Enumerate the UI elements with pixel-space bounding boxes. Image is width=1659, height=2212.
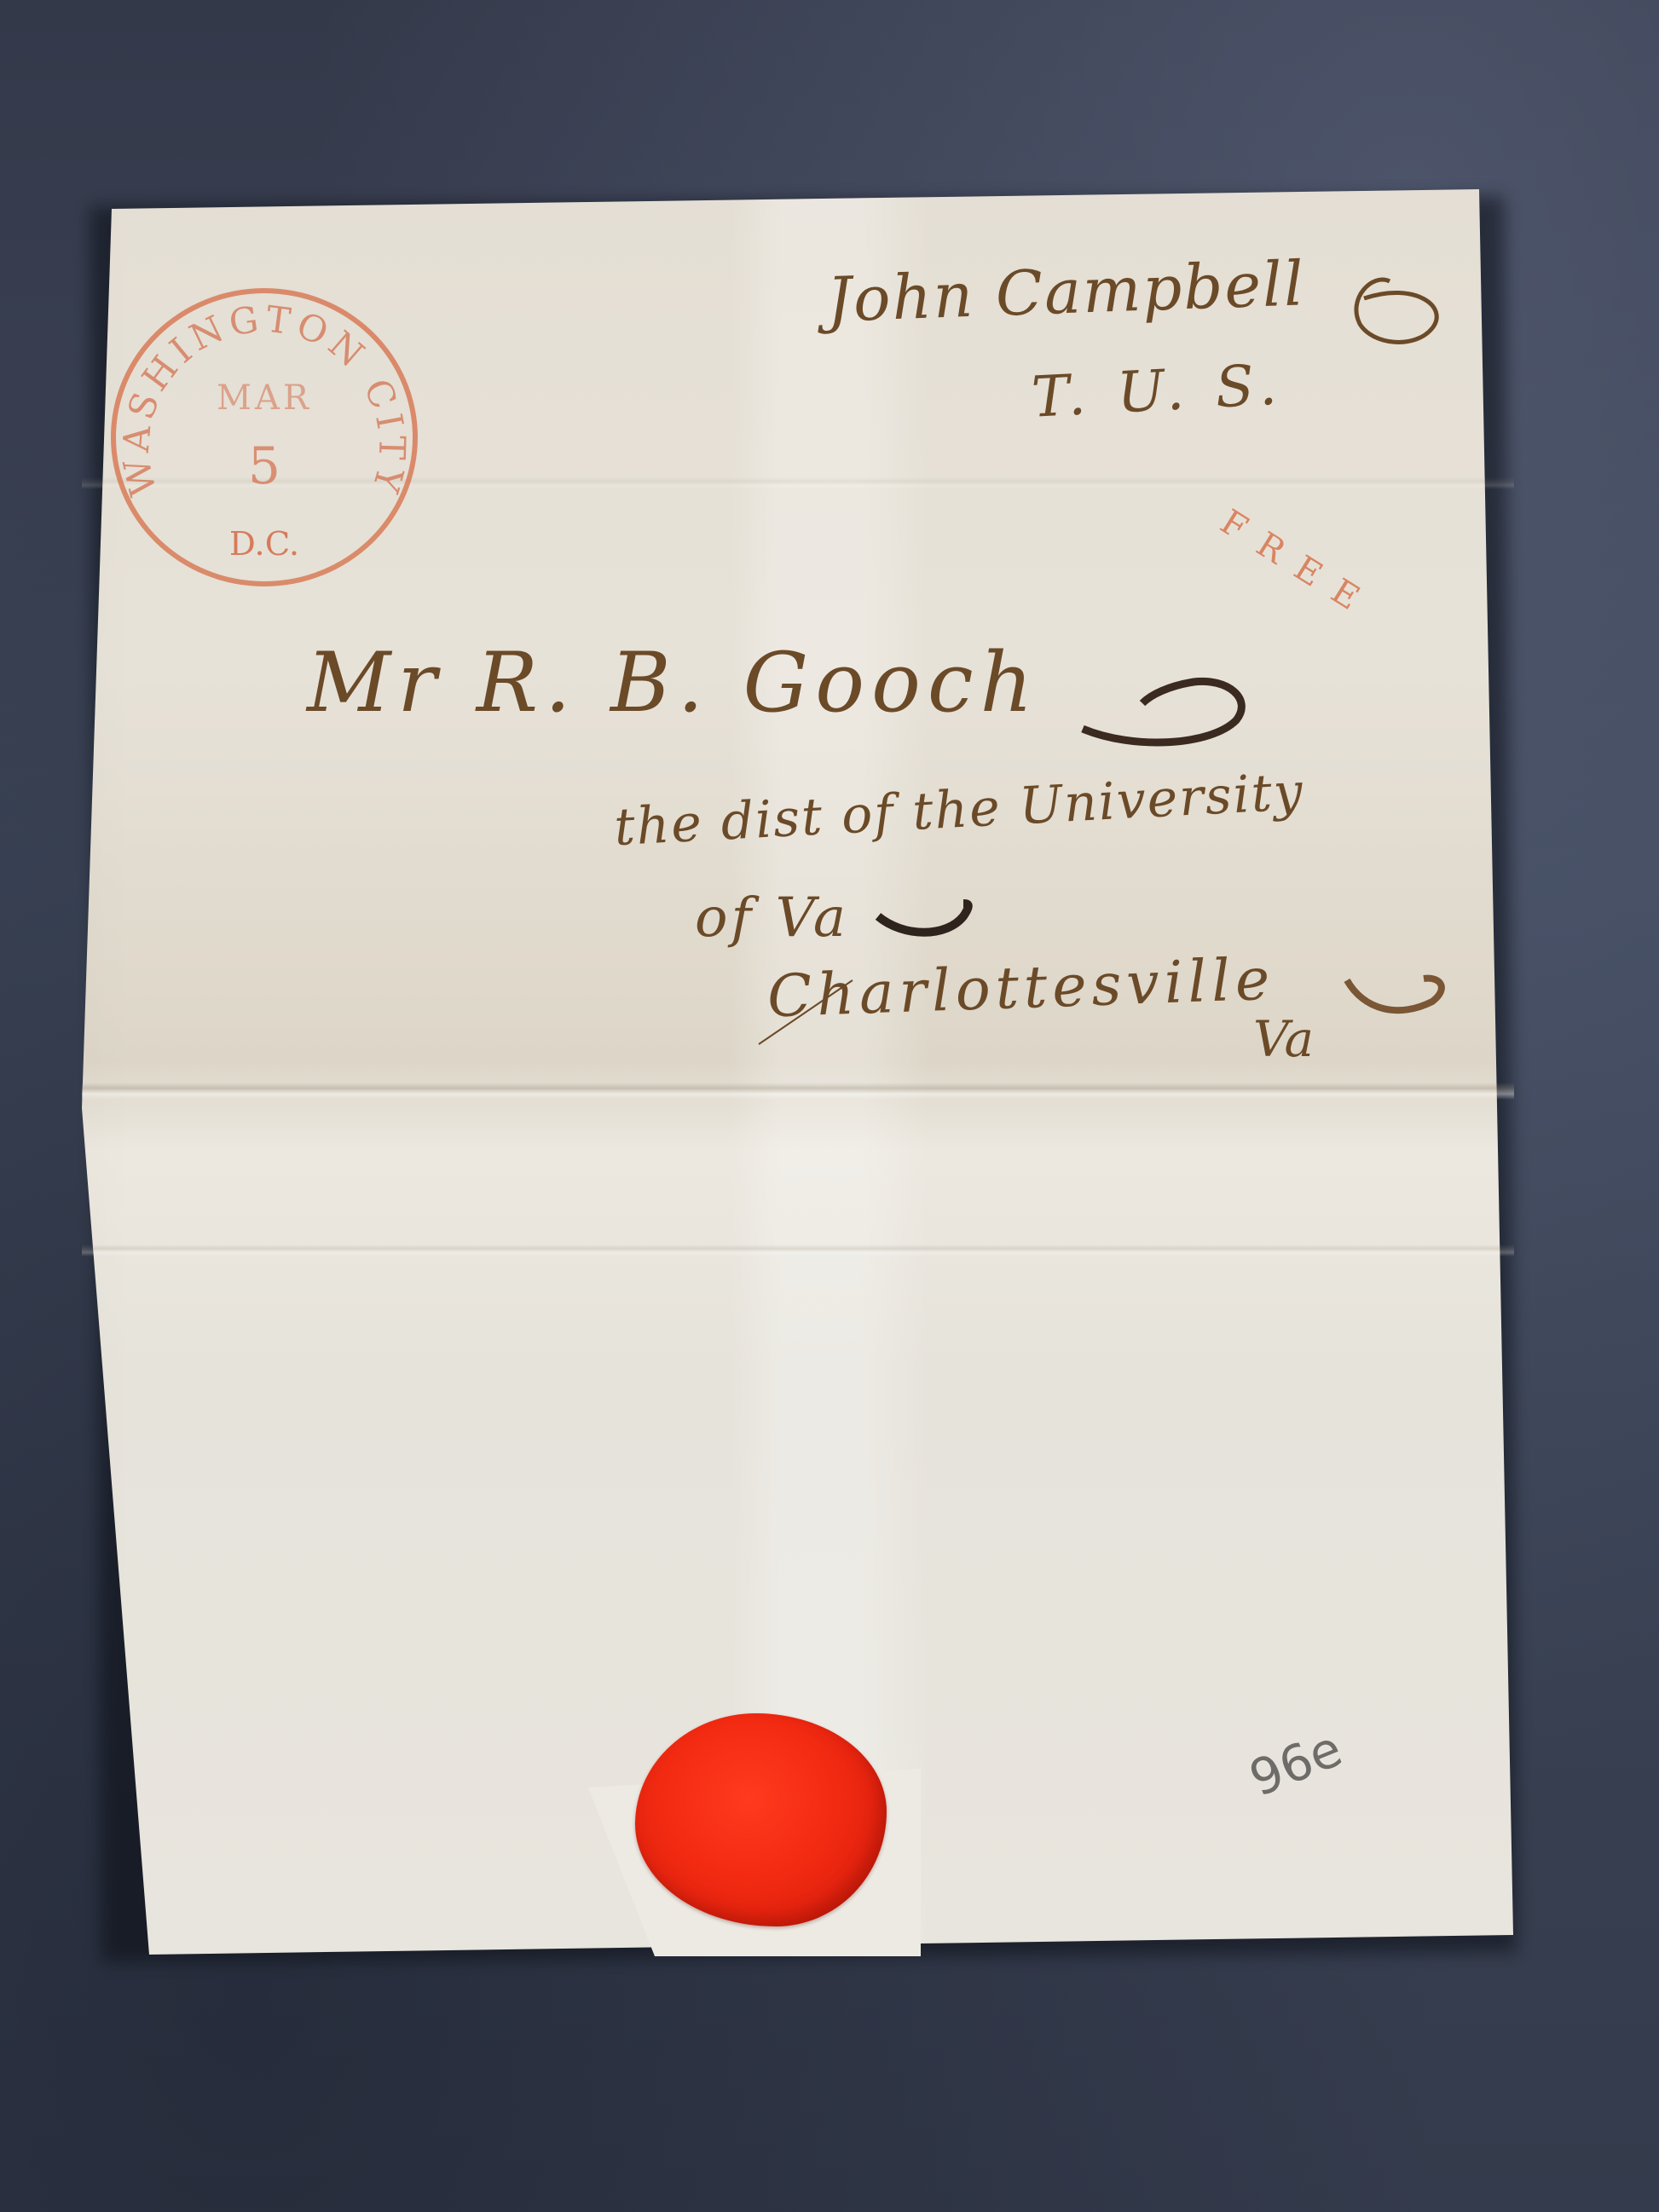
letter-cover: WASHINGTON CITY D.C. MAR 5 John Campbell… <box>0 0 1659 2212</box>
wax-seal <box>635 1713 887 1926</box>
